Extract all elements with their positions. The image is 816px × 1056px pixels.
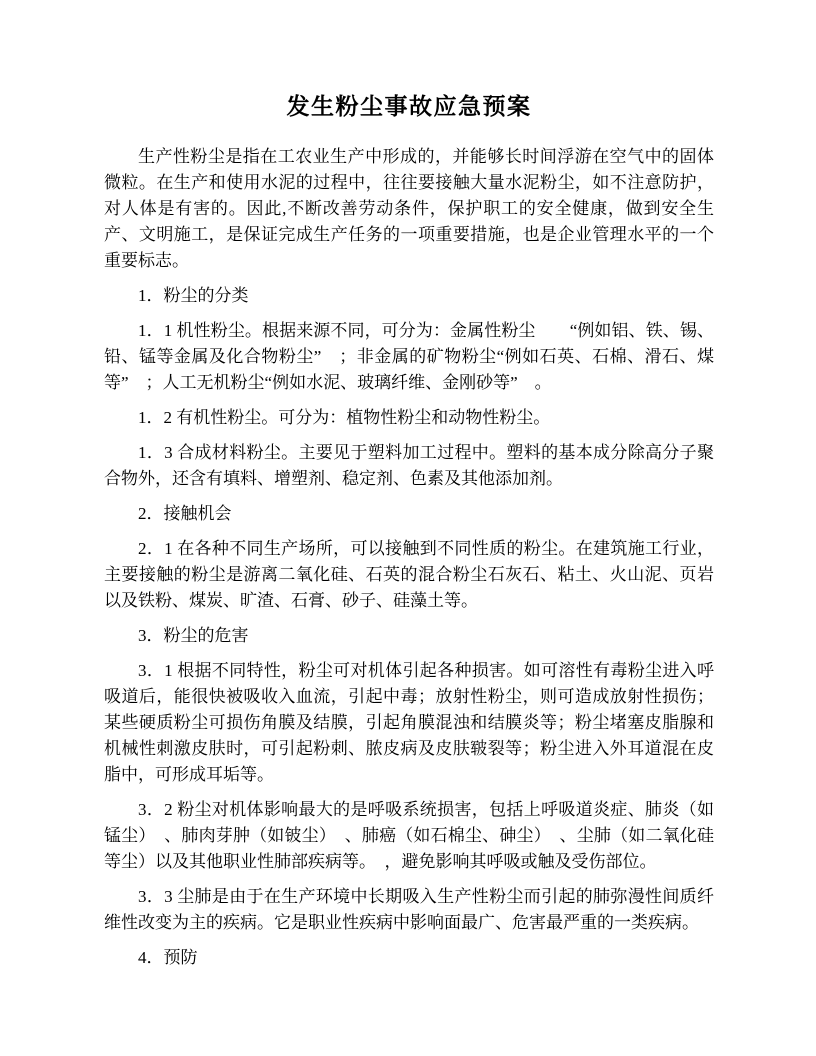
paragraph-intro: 生产性粉尘是指在工农业生产中形成的，并能够长时间浮游在空气中的固体微粒。在生产和…: [104, 144, 714, 274]
paragraph-3-1: 3．1 根据不同特性，粉尘可对机体引起各种损害。如可溶性有毒粉尘进入呼吸道后，能…: [104, 658, 714, 788]
paragraph-1-3: 1．3 合成材料粉尘。主要见于塑料加工过程中。塑料的基本成分除高分子聚合物外，还…: [104, 440, 714, 492]
document-title: 发生粉尘事故应急预案: [104, 92, 714, 122]
heading-3-dust-hazards: 3．粉尘的危害: [104, 623, 714, 649]
heading-2-contact-opportunity: 2．接触机会: [104, 501, 714, 527]
paragraph-1-1: 1．1 机性粉尘。根据来源不同，可分为：金属性粉尘 “例如铝、铁、锡、铅、锰等金…: [104, 318, 714, 396]
heading-4-prevention: 4．预防: [104, 945, 714, 971]
paragraph-1-2: 1．2 有机性粉尘。可分为：植物性粉尘和动物性粉尘。: [104, 405, 714, 431]
paragraph-3-2: 3．2 粉尘对机体影响最大的是呼吸系统损害，包括上呼吸道炎症、肺炎（如锰尘） 、…: [104, 797, 714, 875]
paragraph-3-3: 3．3 尘肺是由于在生产环境中长期吸入生产性粉尘而引起的肺弥漫性间质纤维性改变为…: [104, 884, 714, 936]
paragraph-2-1: 2．1 在各种不同生产场所，可以接触到不同性质的粉尘。在建筑施工行业，主要接触的…: [104, 536, 714, 614]
document-page: 发生粉尘事故应急预案 生产性粉尘是指在工农业生产中形成的，并能够长时间浮游在空气…: [0, 0, 816, 1056]
heading-1-dust-classification: 1．粉尘的分类: [104, 283, 714, 309]
